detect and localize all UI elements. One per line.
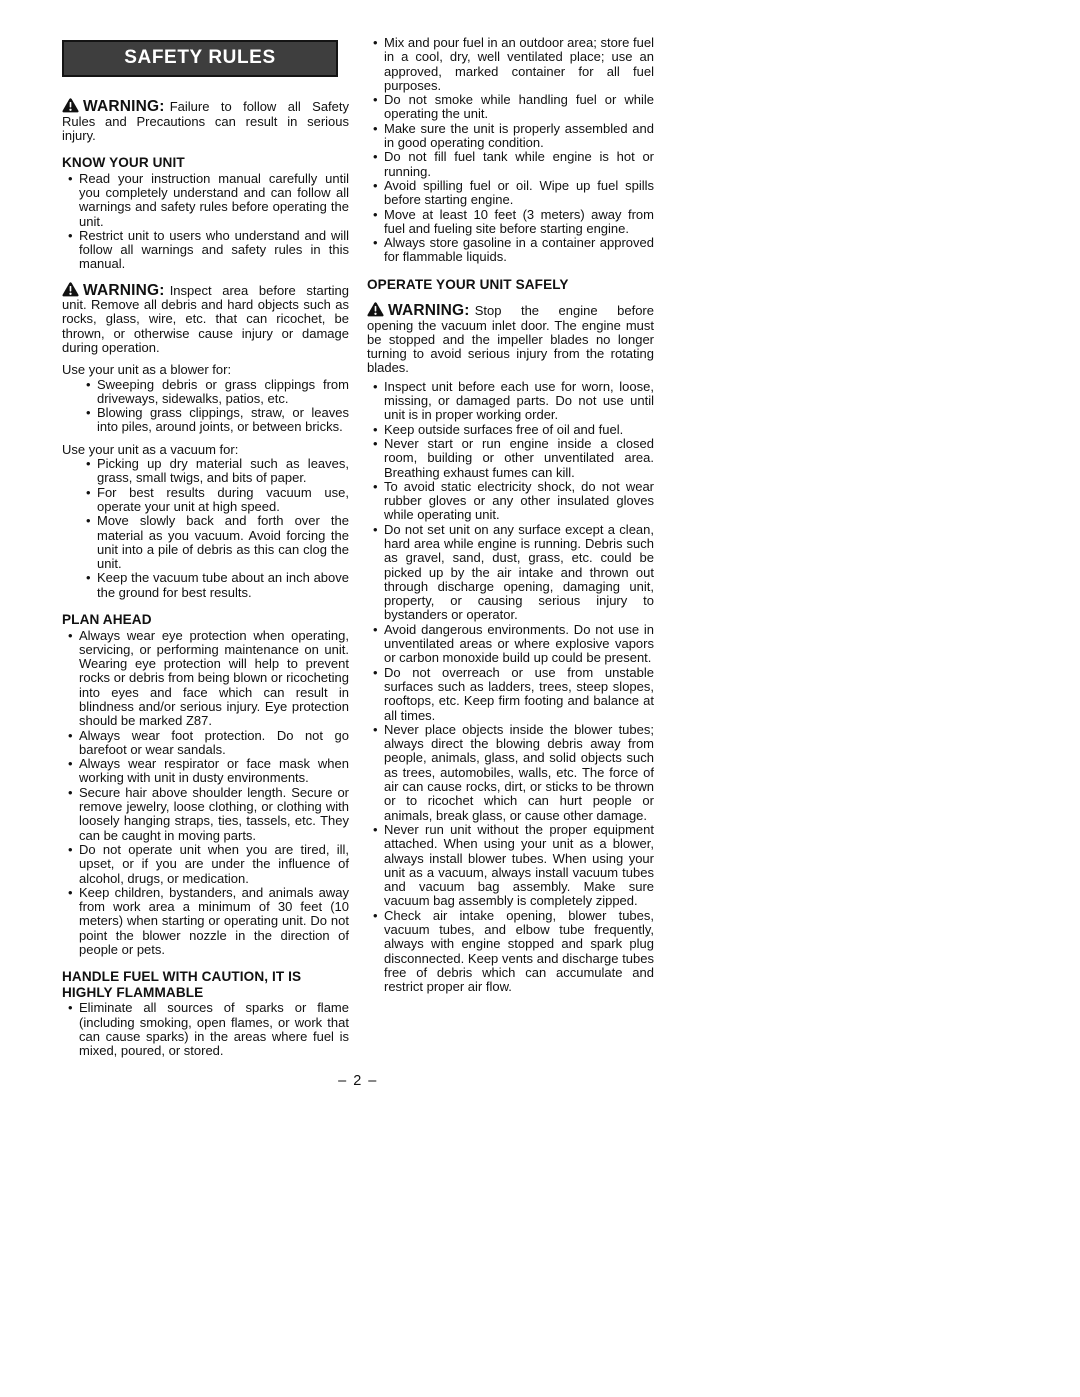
manual-page: SAFETY RULES WARNING:Failure to follow a…: [62, 36, 654, 1089]
right-column: Mix and pour fuel in an outdoor area; st…: [367, 36, 654, 995]
bullet-item: Do not fill fuel tank while engine is ho…: [373, 150, 654, 179]
page-number: – 2 –: [62, 1073, 654, 1089]
section-heading: HANDLE FUEL WITH CAUTION, IT IS HIGHLY F…: [62, 969, 349, 1000]
bullet-item: Picking up dry material such as leaves, …: [86, 457, 349, 486]
bullet-item: Never place objects inside the blower tu…: [373, 723, 654, 823]
bullet-item: Always wear eye protection when operatin…: [68, 629, 349, 729]
bullet-item: Move slowly back and forth over the mate…: [86, 514, 349, 571]
bullet-item: Always wear foot protection. Do not go b…: [68, 729, 349, 758]
bullet-item: Secure hair above shoulder length. Secur…: [68, 786, 349, 843]
bullet-item: Do not overreach or use from unstable su…: [373, 666, 654, 723]
bullet-item: Avoid dangerous environments. Do not use…: [373, 623, 654, 666]
bullet-item: For best results during vacuum use, oper…: [86, 486, 349, 515]
bullet-item: Keep the vacuum tube about an inch above…: [86, 571, 349, 600]
bullet-item: Read your instruction manual carefully u…: [68, 172, 349, 229]
bullet-item: Sweeping debris or grass clippings from …: [86, 378, 349, 407]
two-column-layout: SAFETY RULES WARNING:Failure to follow a…: [62, 36, 654, 1059]
warning-note: WARNING:Inspect area before starting uni…: [62, 282, 349, 355]
bullet-item: Eliminate all sources of sparks or flame…: [68, 1001, 349, 1058]
bullet-item: Make sure the unit is properly assembled…: [373, 122, 654, 151]
bullet-list: Mix and pour fuel in an outdoor area; st…: [367, 36, 654, 265]
bullet-list: Inspect unit before each use for worn, l…: [367, 380, 654, 995]
bullet-item: Inspect unit before each use for worn, l…: [373, 380, 654, 423]
paragraph: Use your unit as a blower for:: [62, 363, 349, 377]
section-heading: KNOW YOUR UNIT: [62, 155, 349, 171]
bullet-item: Check air intake opening, blower tubes, …: [373, 909, 654, 995]
bullet-item: Keep children, bystanders, and animals a…: [68, 886, 349, 957]
bullet-item: To avoid static electricity shock, do no…: [373, 480, 654, 523]
left-column: SAFETY RULES WARNING:Failure to follow a…: [62, 36, 349, 1059]
bullet-list: Always wear eye protection when operatin…: [62, 629, 349, 958]
bullet-item: Do not operate unit when you are tired, …: [68, 843, 349, 886]
warning-note: WARNING:Stop the engine before opening t…: [367, 302, 654, 375]
bullet-item: Restrict unit to users who understand an…: [68, 229, 349, 272]
bullet-item: Always wear respirator or face mask when…: [68, 757, 349, 786]
section-heading: PLAN AHEAD: [62, 612, 349, 628]
bullet-item: Always store gasoline in a container app…: [373, 236, 654, 265]
bullet-item: Do not set unit on any surface except a …: [373, 523, 654, 623]
bullet-item: Blowing grass clippings, straw, or leave…: [86, 406, 349, 435]
bullet-list: Eliminate all sources of sparks or flame…: [62, 1001, 349, 1058]
bullet-item: Never start or run engine inside a close…: [373, 437, 654, 480]
warning-triangle-icon: [367, 303, 388, 318]
page-title: SAFETY RULES: [62, 40, 338, 77]
warning-triangle-icon: [62, 99, 83, 114]
bullet-item: Avoid spilling fuel or oil. Wipe up fuel…: [373, 179, 654, 208]
paragraph: Use your unit as a vacuum for:: [62, 443, 349, 457]
bullet-item: Move at least 10 feet (3 meters) away fr…: [373, 208, 654, 237]
bullet-item: Keep outside surfaces free of oil and fu…: [373, 423, 654, 437]
bullet-list: Sweeping debris or grass clippings from …: [62, 378, 349, 435]
warning-note: WARNING:Failure to follow all Safety Rul…: [62, 98, 349, 143]
bullet-item: Mix and pour fuel in an outdoor area; st…: [373, 36, 654, 93]
bullet-list: Read your instruction manual carefully u…: [62, 172, 349, 272]
bullet-item: Do not smoke while handling fuel or whil…: [373, 93, 654, 122]
bullet-item: Never run unit without the proper equipm…: [373, 823, 654, 909]
warning-triangle-icon: [62, 283, 83, 298]
section-heading: OPERATE YOUR UNIT SAFELY: [367, 277, 654, 293]
bullet-list: Picking up dry material such as leaves, …: [62, 457, 349, 600]
